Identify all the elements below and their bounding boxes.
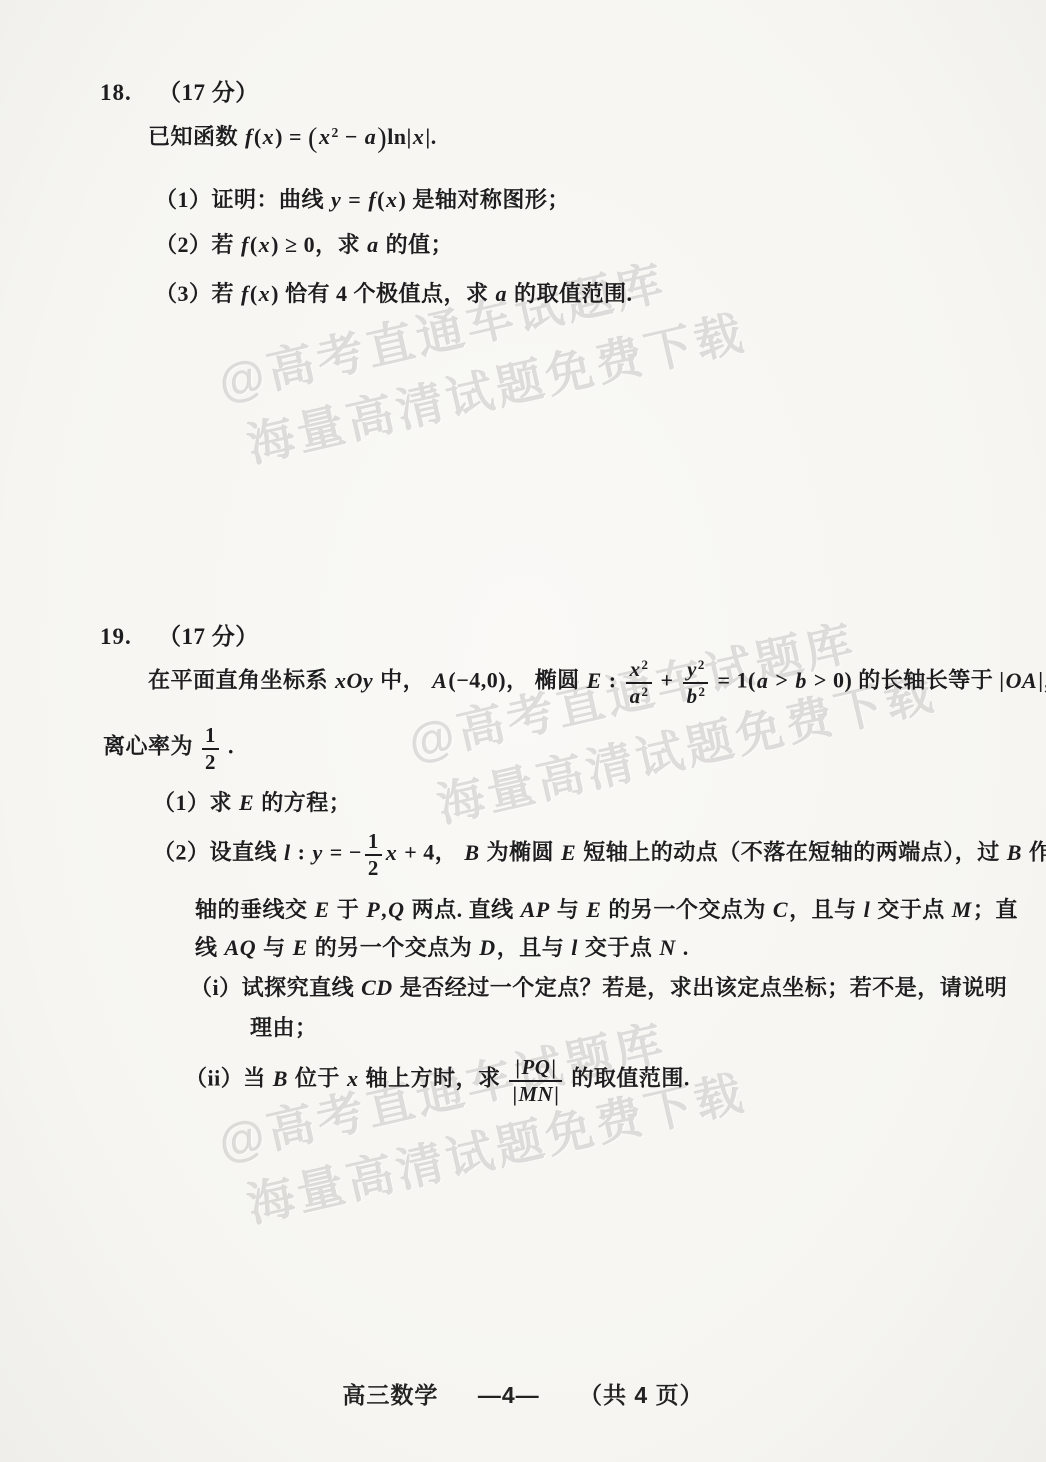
- q18-part1: （1）证明：曲线 y = f(x) 是轴对称图形；: [155, 183, 570, 214]
- q19-part2-line1: （2）设直线 l : y = −12x + 4， B 为椭圆 E 短轴上的动点（…: [153, 829, 1046, 880]
- question-19-points: （17 分）: [158, 624, 259, 649]
- page-footer: 高三数学 —4— （共 4 页）: [0, 1377, 1046, 1410]
- q19-sub-i-line2: 理由；: [250, 1011, 318, 1042]
- question-18-points: （17 分）: [158, 80, 259, 105]
- q19-intro-line2: 离心率为 12 .: [103, 723, 234, 774]
- watermark-line1: @高考直通车试题库: [212, 234, 738, 417]
- watermark-line2: 海量高清试题免费下载: [241, 299, 753, 479]
- question-18-header: 18. （17 分）: [100, 74, 259, 107]
- exam-page: @高考直通车试题库 海量高清试题免费下载 @高考直通车试题库 海量高清试题免费下…: [0, 0, 1046, 1462]
- question-19-number: 19.: [100, 624, 132, 649]
- q19-part1: （1）求 E 的方程；: [153, 786, 351, 817]
- footer-course: 高三数学: [342, 1382, 438, 1408]
- q19-sub-i-line1: （i）试探究直线 CD 是否经过一个定点？若是，求出该定点坐标；若不是，请说明: [190, 971, 1007, 1002]
- q18-intro: 已知函数 f(x) = (x2 − a)ln|x|.: [148, 120, 437, 155]
- q18-part3: （3）若 f(x) 恰有 4 个极值点，求 a 的取值范围.: [155, 277, 633, 308]
- q18-part2: （2）若 f(x) ≥ 0，求 a 的值；: [155, 228, 453, 259]
- question-19-header: 19. （17 分）: [100, 618, 259, 651]
- footer-page-number: —4—: [478, 1382, 540, 1408]
- q19-intro-line1: 在平面直角坐标系 xOy 中， A(−4,0)， 椭圆 E : x2a2 + y…: [148, 657, 1046, 708]
- footer-total-pages: （共 4 页）: [579, 1382, 704, 1408]
- q19-part2-line2: 轴的垂线交 E 于 P,Q 两点. 直线 AP 与 E 的另一个交点为 C，且与…: [195, 893, 1018, 924]
- watermark-block-2: @高考直通车试题库 海量高清试题免费下载: [402, 594, 943, 842]
- watermark-block-1: @高考直通车试题库 海量高清试题免费下载: [212, 234, 753, 482]
- q19-sub-ii: （ii）当 B 位于 x 轴上方时，求 |PQ||MN| 的取值范围.: [185, 1055, 690, 1106]
- question-18-number: 18.: [100, 80, 132, 105]
- q19-part2-line3: 线 AQ 与 E 的另一个交点为 D，且与 l 交于点 N .: [195, 931, 689, 962]
